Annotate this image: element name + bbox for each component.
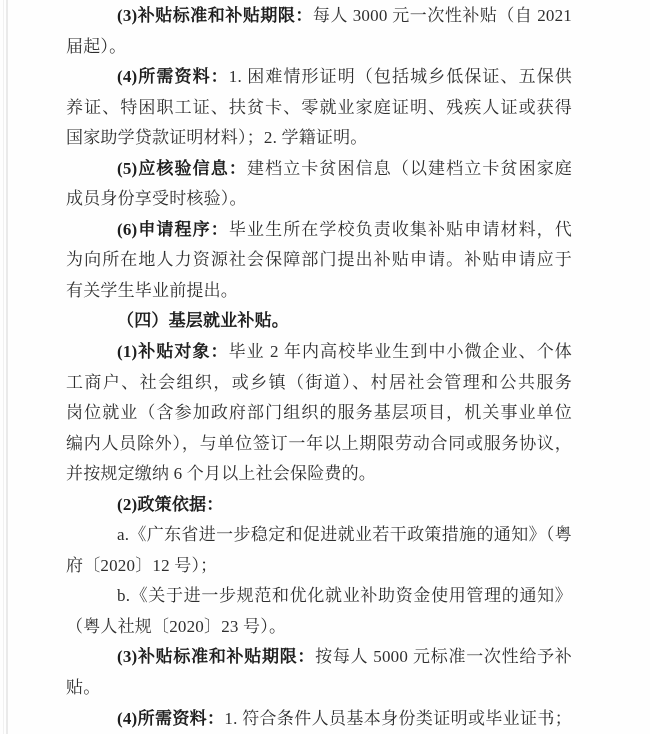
heading-text: (6)申请程序： — [117, 220, 229, 239]
heading-text: (2)政策依据： — [117, 495, 223, 514]
body-text: 国家助学贷款证明材料）；2. 学籍证明。 — [66, 128, 368, 147]
text-line: (3)补贴标准和补贴期限：每人 3000 元一次性补贴（自 2021 — [66, 1, 572, 32]
text-line: 贴。 — [66, 673, 572, 704]
text-line: 养证、特困职工证、扶贫卡、零就业家庭证明、残疾人证或获得 — [66, 93, 572, 124]
body-text: 养证、特困职工证、扶贫卡、零就业家庭证明、残疾人证或获得 — [66, 98, 572, 117]
body-text: 成员身份享受时核验）。 — [66, 189, 247, 208]
text-line: 为向所在地人力资源社会保障部门提出补贴申请。补贴申请应于 — [66, 245, 572, 276]
body-text: 为向所在地人力资源社会保障部门提出补贴申请。补贴申请应于 — [66, 250, 572, 269]
text-line: (3)补贴标准和补贴期限：按每人 5000 元标准一次性给予补 — [66, 642, 572, 673]
text-line: 府〔2020〕12 号）； — [66, 551, 572, 582]
heading-text: (4)所需资料： — [117, 67, 229, 86]
body-text: 每人 3000 元一次性补贴（自 2021 — [313, 6, 572, 25]
body-text: 岗位就业（含参加政府部门组织的服务基层项目，机关事业单位 — [66, 403, 572, 422]
heading-text: (1)补贴对象： — [117, 342, 229, 361]
text-line: 编内人员除外），与单位签订一年以上期限劳动合同或服务协议， — [66, 429, 572, 460]
document-page: (3)补贴标准和补贴期限：每人 3000 元一次性补贴（自 2021届起）。(4… — [66, 1, 572, 734]
text-line: (4)所需资料：1. 困难情形证明（包括城乡低保证、五保供 — [66, 62, 572, 93]
text-line: (5)应核验信息：建档立卡贫困信息（以建档立卡贫困家庭 — [66, 154, 572, 185]
text-line: 岗位就业（含参加政府部门组织的服务基层项目，机关事业单位 — [66, 398, 572, 429]
heading-text: (3)补贴标准和补贴期限： — [117, 647, 315, 666]
body-text: 毕业生所在学校负责收集补贴申请材料，代 — [229, 220, 572, 239]
body-text: 按每人 5000 元标准一次性给予补 — [315, 647, 572, 666]
body-text: 贴。 — [66, 678, 100, 697]
body-text: 毕业 2 年内高校毕业生到中小微企业、个体 — [229, 342, 572, 361]
page-edge-line-outer — [3, 0, 4, 734]
text-line: a.《广东省进一步稳定和促进就业若干政策措施的通知》（粤 — [66, 520, 572, 551]
text-line: (6)申请程序：毕业生所在学校负责收集补贴申请材料，代 — [66, 215, 572, 246]
body-text: a.《广东省进一步稳定和促进就业若干政策措施的通知》（粤 — [117, 525, 572, 544]
page-edge-line-inner — [6, 0, 8, 734]
body-text: 编内人员除外），与单位签订一年以上期限劳动合同或服务协议， — [66, 434, 572, 453]
text-line: 国家助学贷款证明材料）；2. 学籍证明。 — [66, 123, 572, 154]
text-line: 成员身份享受时核验）。 — [66, 184, 572, 215]
text-line: b.《关于进一步规范和优化就业补助资金使用管理的通知》 — [66, 581, 572, 612]
body-text: 1. 困难情形证明（包括城乡低保证、五保供 — [229, 67, 572, 86]
body-text: 届起）。 — [66, 37, 126, 56]
text-line: 有关学生毕业前提出。 — [66, 276, 572, 307]
text-line: (4)所需资料：1. 符合条件人员基本身份类证明或毕业证书； — [66, 704, 572, 734]
text-line: 届起）。 — [66, 32, 572, 63]
text-line: 工商户、社会组织，或乡镇（街道）、村居社会管理和公共服务 — [66, 368, 572, 399]
body-text: 1. 符合条件人员基本身份类证明或毕业证书； — [224, 709, 572, 728]
body-text: b.《关于进一步规范和优化就业补助资金使用管理的通知》 — [117, 586, 572, 605]
text-line: (1)补贴对象：毕业 2 年内高校毕业生到中小微企业、个体 — [66, 337, 572, 368]
body-text: 建档立卡贫困信息（以建档立卡贫困家庭 — [247, 159, 572, 178]
heading-text: (4)所需资料： — [117, 709, 224, 728]
body-text: 府〔2020〕12 号）； — [66, 556, 217, 575]
text-line: （粤人社规〔2020〕23 号）。 — [66, 612, 572, 643]
heading-text: (3)补贴标准和补贴期限： — [117, 6, 313, 25]
heading-text: （四）基层就业补贴。 — [117, 311, 289, 330]
body-text: 工商户、社会组织，或乡镇（街道）、村居社会管理和公共服务 — [66, 373, 572, 392]
body-text: 有关学生毕业前提出。 — [66, 281, 238, 300]
heading-text: (5)应核验信息： — [117, 159, 247, 178]
text-line: 并按规定缴纳 6 个月以上社会保险费的。 — [66, 459, 572, 490]
text-line: (2)政策依据： — [66, 490, 572, 521]
text-line: （四）基层就业补贴。 — [66, 306, 572, 337]
body-text: 并按规定缴纳 6 个月以上社会保险费的。 — [66, 464, 376, 483]
body-text: （粤人社规〔2020〕23 号）。 — [66, 617, 286, 636]
